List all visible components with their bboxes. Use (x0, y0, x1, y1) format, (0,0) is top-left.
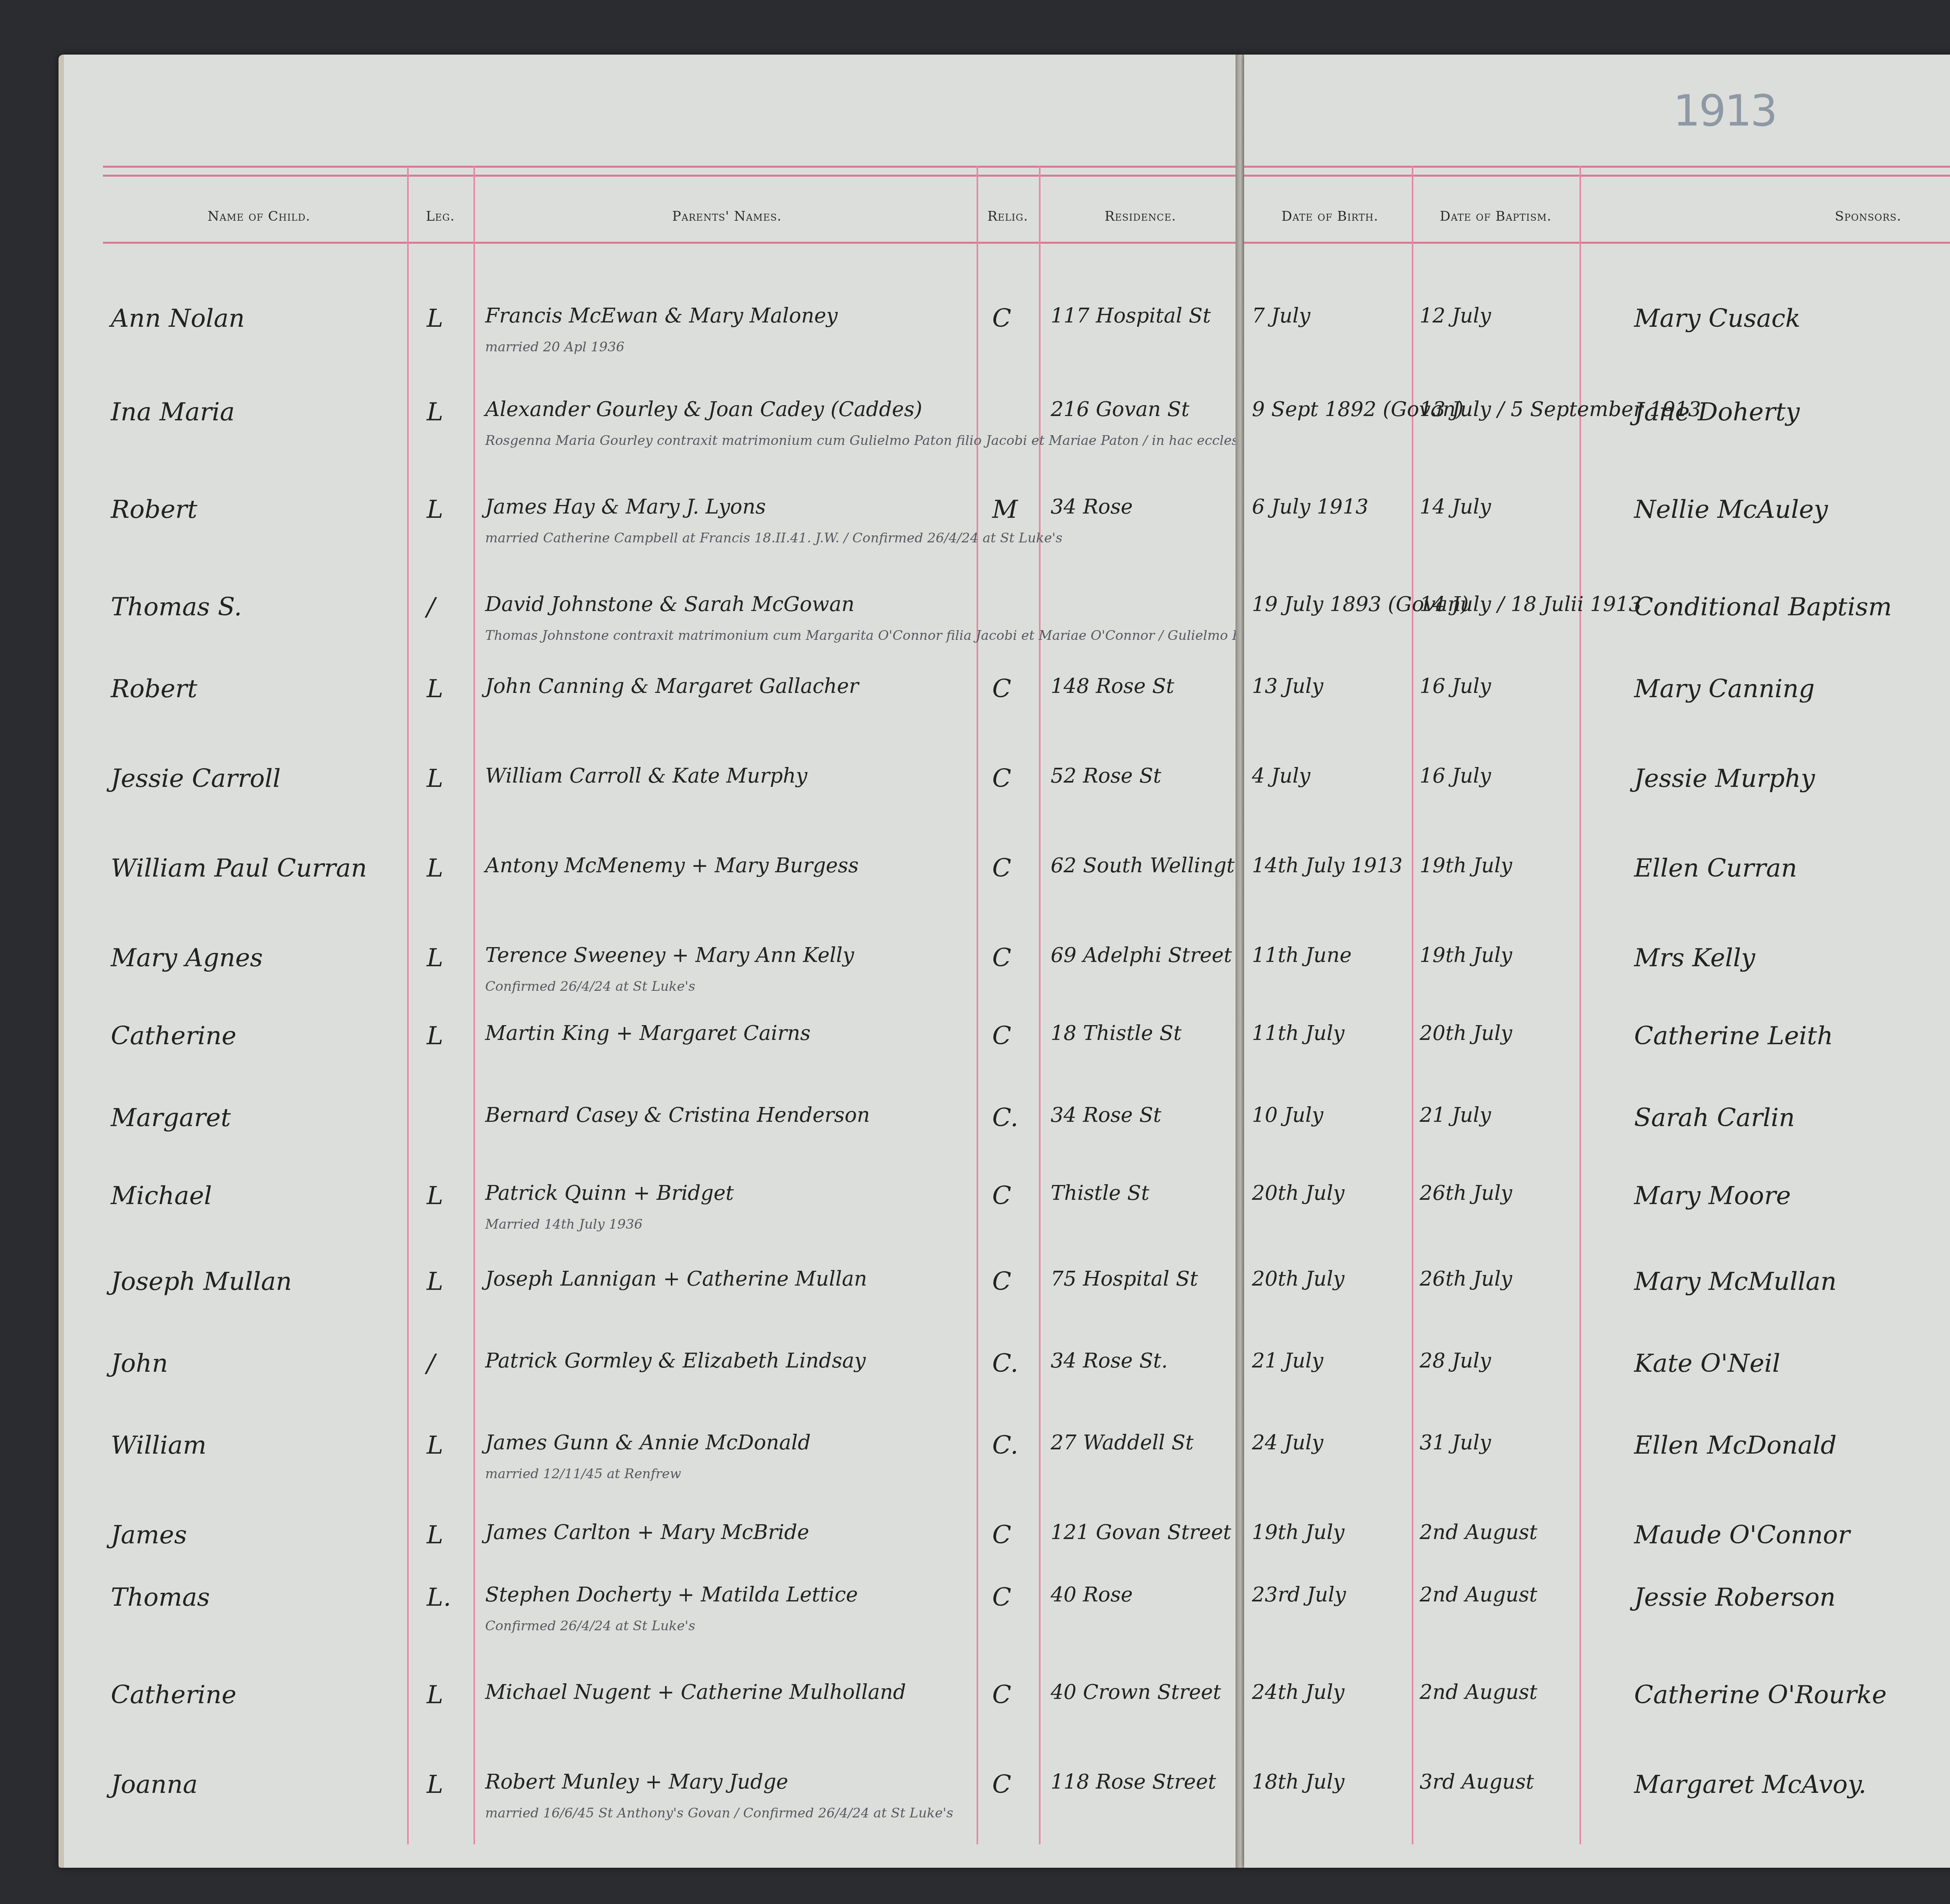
child-name: William Paul Curran (111, 854, 367, 883)
parents-names: James Carlton + Mary McBride (485, 1521, 809, 1544)
date-of-birth: 21 July (1252, 1349, 1323, 1373)
child-name: Margaret (111, 1103, 231, 1132)
marginal-note: Confirmed 26/4/24 at St Luke's (485, 979, 695, 994)
residence: 75 Hospital St (1051, 1267, 1198, 1291)
date-of-baptism: 3rd August (1420, 1770, 1534, 1794)
date-of-birth: 4 July (1252, 764, 1310, 788)
header-date-of-baptism: Date of Baptism. (1416, 209, 1576, 224)
date-of-baptism: 14 July (1420, 495, 1491, 519)
child-name: Mary Agnes (111, 944, 263, 972)
residence: 69 Adelphi Street (1051, 944, 1232, 967)
date-of-baptism: 2nd August (1420, 1521, 1537, 1544)
date-of-baptism: 26th July (1420, 1181, 1512, 1205)
date-of-baptism: 16 July (1420, 764, 1491, 788)
legitimacy: L (427, 854, 443, 883)
date-of-baptism: 21 July (1420, 1103, 1491, 1127)
residence: 27 Waddell St (1051, 1431, 1193, 1454)
date-of-birth: 7 July (1252, 304, 1310, 328)
marginal-note: Married 14th July 1936 (485, 1217, 643, 1232)
parents-names: Antony McMenemy + Mary Burgess (485, 854, 859, 877)
parents-names: Martin King + Margaret Cairns (485, 1022, 810, 1045)
parents-names: Patrick Quinn + Bridget (485, 1181, 734, 1205)
residence: 117 Hospital St (1051, 304, 1211, 328)
sponsors: Mary McMullan (1634, 1267, 1837, 1296)
sponsors: Conditional Baptism (1634, 593, 1892, 622)
residence: 118 Rose Street (1051, 1770, 1216, 1794)
sponsors: Catherine Leith (1634, 1022, 1833, 1050)
date-of-baptism: 19th July (1420, 944, 1512, 967)
date-of-birth: 10 July (1252, 1103, 1323, 1127)
date-of-birth: 18th July (1252, 1770, 1344, 1794)
legitimacy: L (427, 1022, 443, 1050)
parents-names: Bernard Casey & Cristina Henderson (485, 1103, 870, 1127)
residence: 34 Rose (1051, 495, 1133, 519)
residence: 121 Govan Street (1051, 1521, 1231, 1544)
left-page: Name of Child. Leg. Parents' Names. Reli… (58, 55, 1242, 1868)
sponsors: Ellen Curran (1634, 854, 1797, 883)
parents-names: Francis McEwan & Mary Maloney (485, 304, 838, 328)
header-rule (1244, 242, 1950, 244)
header-parents-names: Parents' Names. (571, 209, 883, 224)
date-of-baptism: 2nd August (1420, 1681, 1537, 1704)
column-divider (407, 166, 409, 1844)
child-name: William (111, 1431, 206, 1460)
date-of-birth: 24th July (1252, 1681, 1344, 1704)
parents-names: David Johnstone & Sarah McGowan (485, 593, 854, 616)
parents-names: James Gunn & Annie McDonald (485, 1431, 811, 1454)
religion: C. (992, 1349, 1018, 1378)
child-name: Robert (111, 495, 197, 524)
column-divider (977, 166, 978, 1844)
parents-names: James Hay & Mary J. Lyons (485, 495, 766, 519)
parents-names: Joseph Lannigan + Catherine Mullan (485, 1267, 867, 1291)
legitimacy: L (427, 398, 443, 427)
header-leg: Leg. (411, 209, 470, 224)
date-of-birth: 11th July (1252, 1022, 1344, 1045)
header-residence: Residence. (1058, 209, 1222, 224)
marginal-note: married 20 Apl 1936 (485, 339, 624, 355)
legitimacy: / (427, 593, 435, 622)
sponsors: Mary Canning (1634, 675, 1815, 703)
child-name: Joanna (111, 1770, 198, 1799)
date-of-birth: 23rd July (1252, 1583, 1346, 1606)
religion: C (992, 1583, 1011, 1612)
religion: C (992, 1770, 1011, 1799)
child-name: Ann Nolan (111, 304, 245, 333)
year-annotation: 1913 (1673, 86, 1776, 136)
residence: 40 Crown Street (1051, 1681, 1221, 1704)
top-double-rule (103, 166, 1242, 177)
religion: C. (992, 1103, 1018, 1132)
parents-names: Terence Sweeney + Mary Ann Kelly (485, 944, 854, 967)
date-of-birth: 14th July 1913 (1252, 854, 1402, 877)
marginal-note: married 12/11/45 at Renfrew (485, 1466, 681, 1482)
parents-names: John Canning & Margaret Gallacher (485, 675, 859, 698)
right-page: 1913 089 Date of Birth. Date of Baptism.… (1244, 55, 1950, 1868)
date-of-baptism: 19th July (1420, 854, 1512, 877)
date-of-birth: 6 July 1913 (1252, 495, 1369, 519)
religion: C. (992, 1431, 1018, 1460)
sponsors: Kate O'Neil (1634, 1349, 1780, 1378)
sponsors: Maude O'Connor (1634, 1521, 1850, 1550)
legitimacy: L (427, 1521, 443, 1550)
marginal-note: married 16/6/45 St Anthony's Govan / Con… (485, 1805, 953, 1821)
child-name: Ina Maria (111, 398, 235, 427)
sponsors: Mary Cusack (1634, 304, 1801, 333)
legitimacy: / (427, 1349, 435, 1378)
register-book: Name of Child. Leg. Parents' Names. Reli… (58, 55, 1950, 1868)
date-of-baptism: 12 July (1420, 304, 1491, 328)
legitimacy: L (427, 944, 443, 972)
child-name: Catherine (111, 1681, 236, 1709)
religion: C (992, 854, 1011, 883)
child-name: Catherine (111, 1022, 236, 1050)
column-divider (1039, 166, 1041, 1844)
sponsors: Margaret McAvoy. (1634, 1770, 1867, 1799)
religion: C (992, 764, 1011, 793)
religion: C (992, 1521, 1011, 1550)
header-date-of-birth: Date of Birth. (1252, 209, 1408, 224)
sponsors: Nellie McAuley (1634, 495, 1828, 524)
residence: 34 Rose St (1051, 1103, 1161, 1127)
religion: M (992, 495, 1018, 524)
child-name: Jessie Carroll (111, 764, 281, 793)
child-name: John (111, 1349, 168, 1378)
date-of-baptism: 26th July (1420, 1267, 1512, 1291)
top-double-rule (1244, 166, 1950, 177)
date-of-birth: 13 July (1252, 675, 1323, 698)
religion: C (992, 944, 1011, 972)
parents-names: Alexander Gourley & Joan Cadey (Caddes) (485, 398, 922, 421)
legitimacy: L (427, 1181, 443, 1210)
child-name: Robert (111, 675, 197, 703)
date-of-birth: 19th July (1252, 1521, 1344, 1544)
sponsors: Ellen McDonald (1634, 1431, 1837, 1460)
date-of-baptism: 14 July / 18 Julii 1913 (1420, 593, 1642, 616)
residence: 40 Rose (1051, 1583, 1133, 1606)
legitimacy: L. (427, 1583, 451, 1612)
marginal-note: Confirmed 26/4/24 at St Luke's (485, 1618, 695, 1634)
sponsors: Sarah Carlin (1634, 1103, 1795, 1132)
date-of-baptism: 16 July (1420, 675, 1491, 698)
parents-names: William Carroll & Kate Murphy (485, 764, 807, 788)
legitimacy: L (427, 1770, 443, 1799)
sponsors: Catherine O'Rourke (1634, 1681, 1887, 1709)
date-of-birth: 20th July (1252, 1267, 1344, 1291)
column-divider (473, 166, 475, 1844)
religion: C (992, 675, 1011, 703)
sponsors: Jessie Murphy (1634, 764, 1815, 793)
parents-names: Robert Munley + Mary Judge (485, 1770, 788, 1794)
child-name: Joseph Mullan (111, 1267, 292, 1296)
legitimacy: L (427, 495, 443, 524)
parents-names: Michael Nugent + Catherine Mulholland (485, 1681, 906, 1704)
residence: 216 Govan St (1051, 398, 1189, 421)
date-of-birth: 11th June (1252, 944, 1352, 967)
date-of-baptism: 28 July (1420, 1349, 1491, 1373)
child-name: Thomas S. (111, 593, 242, 622)
header-sponsors: Sponsors. (1751, 209, 1950, 224)
parents-names: Stephen Docherty + Matilda Lettice (485, 1583, 858, 1606)
sponsors: Jessie Roberson (1634, 1583, 1836, 1612)
legitimacy: L (427, 1681, 443, 1709)
religion: C (992, 1267, 1011, 1296)
legitimacy: L (427, 675, 443, 703)
date-of-baptism: 31 July (1420, 1431, 1491, 1454)
date-of-baptism: 20th July (1420, 1022, 1512, 1045)
date-of-birth: 24 July (1252, 1431, 1323, 1454)
date-of-baptism: 2nd August (1420, 1583, 1537, 1606)
parents-names: Patrick Gormley & Elizabeth Lindsay (485, 1349, 866, 1373)
residence: 18 Thistle St (1051, 1022, 1182, 1045)
residence: 52 Rose St (1051, 764, 1161, 788)
sponsors: Mrs Kelly (1634, 944, 1755, 972)
child-name: James (111, 1521, 187, 1550)
sponsors: Jane Doherty (1634, 398, 1800, 427)
residence: 148 Rose St (1051, 675, 1174, 698)
religion: C (992, 1181, 1011, 1210)
header-relig: Relig. (979, 209, 1037, 224)
child-name: Michael (111, 1181, 212, 1210)
religion: C (992, 304, 1011, 333)
legitimacy: L (427, 304, 443, 333)
residence: 34 Rose St. (1051, 1349, 1168, 1373)
religion: C (992, 1681, 1011, 1709)
sponsors: Mary Moore (1634, 1181, 1791, 1210)
date-of-birth: 20th July (1252, 1181, 1344, 1205)
child-name: Thomas (111, 1583, 210, 1612)
legitimacy: L (427, 764, 443, 793)
residence: Thistle St (1051, 1181, 1149, 1205)
header-name-of-child: Name of Child. (161, 209, 356, 224)
marginal-note: married Catherine Campbell at Francis 18… (485, 530, 1062, 546)
header-rule (103, 242, 1242, 244)
legitimacy: L (427, 1267, 443, 1296)
religion: C (992, 1022, 1011, 1050)
legitimacy: L (427, 1431, 443, 1460)
